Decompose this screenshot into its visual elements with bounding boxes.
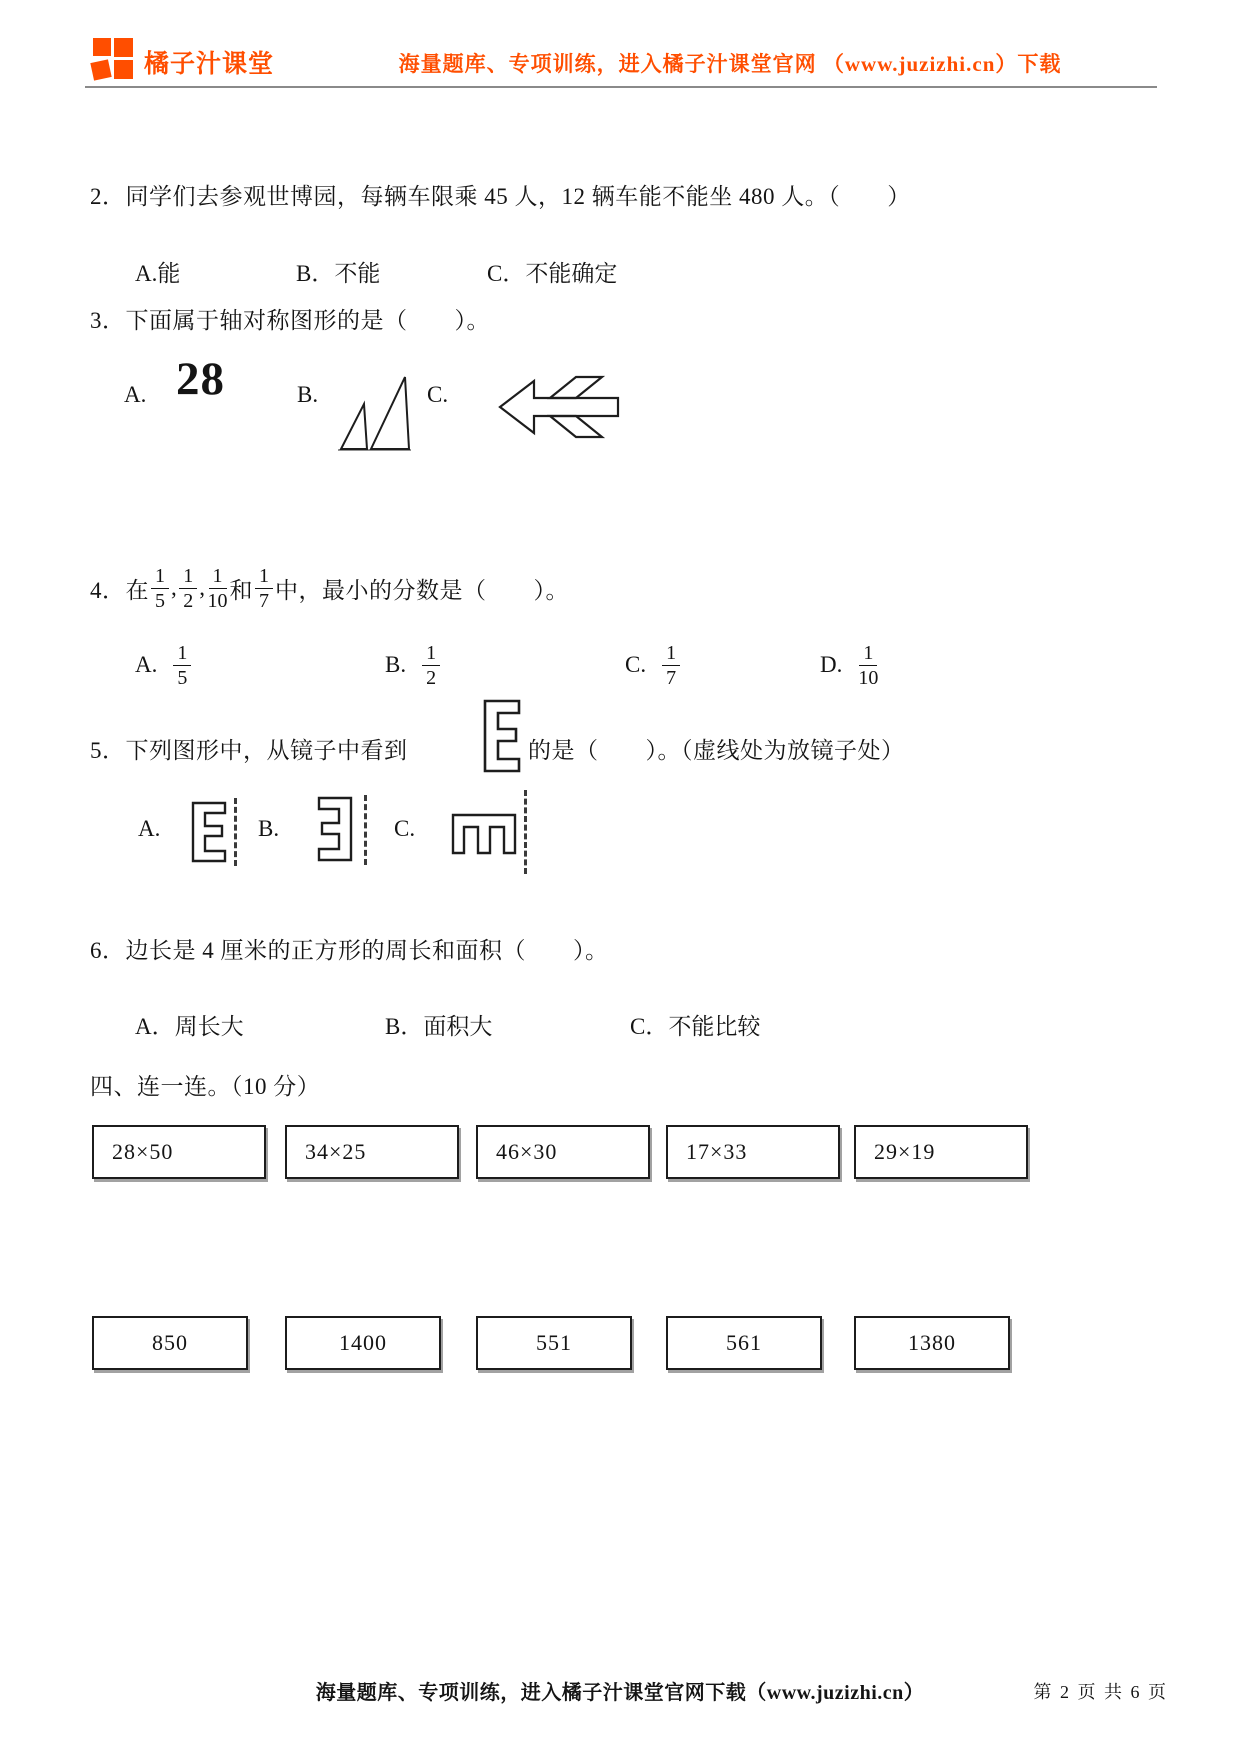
mirror-dashed-line-c	[524, 790, 527, 874]
question-6-option-a: A．周长大	[135, 1008, 244, 1041]
fraction-1-2: 12	[179, 566, 197, 611]
connect-box-expression[interactable]: 17×33	[666, 1125, 840, 1179]
fraction-1-7: 17	[255, 566, 273, 611]
connect-box-result[interactable]: 1380	[854, 1316, 1010, 1370]
and-word: 和	[230, 572, 254, 605]
question-4-option-c: C. 17	[625, 630, 682, 700]
connect-box-result[interactable]: 551	[476, 1316, 632, 1370]
triangles-figure	[334, 368, 414, 456]
question-4-prefix: 4．在	[90, 572, 149, 605]
fraction-1-5: 15	[151, 566, 169, 611]
connect-box-expression[interactable]: 34×25	[285, 1125, 459, 1179]
question-3-label-a: A.	[124, 382, 146, 408]
brand-logo-icon	[90, 36, 136, 82]
question-3-label-c: C.	[427, 382, 448, 408]
arrow-figure	[498, 374, 622, 440]
question-2-option-b: B．不能	[296, 255, 380, 288]
question-4-option-d: D. 110	[820, 630, 880, 700]
question-2-text: 2．同学们去参观世博园，每辆车限乘 45 人，12 辆车能不能坐 480 人。（…	[90, 178, 911, 211]
question-2-option-a: A.能	[135, 255, 180, 288]
brand-name: 橘子汁课堂	[144, 44, 274, 80]
question-4-option-b: B. 12	[385, 630, 442, 700]
question-4-suffix: 中，最小的分数是（ ）。	[275, 572, 569, 605]
question-2-option-c: C．不能确定	[487, 255, 617, 288]
mirror-dashed-line-a	[234, 798, 237, 866]
connect-box-expression[interactable]: 46×30	[476, 1125, 650, 1179]
question-5-label-c: C.	[394, 816, 415, 842]
connect-box-result[interactable]: 850	[92, 1316, 248, 1370]
number-28-figure: 28	[176, 356, 225, 403]
header-divider	[85, 86, 1157, 88]
mirrored-e-figure	[316, 795, 354, 863]
fraction-separator: ,	[171, 575, 177, 601]
connect-box-expression[interactable]: 28×50	[92, 1125, 266, 1179]
letter-e-figure	[482, 698, 522, 774]
section-4-title: 四、连一连。（10 分）	[90, 1068, 320, 1101]
connect-box-expression[interactable]: 29×19	[854, 1125, 1028, 1179]
question-4-line: 4．在 15 , 12 , 110 和 17 中，最小的分数是（ ）。	[90, 552, 569, 624]
question-6-option-b: B．面积大	[385, 1008, 492, 1041]
connect-box-result[interactable]: 561	[666, 1316, 822, 1370]
question-5-label-a: A.	[138, 816, 160, 842]
connect-box-result[interactable]: 1400	[285, 1316, 441, 1370]
question-5-text-before: 5．下列图形中，从镜子中看到	[90, 732, 408, 765]
fraction-separator: ,	[199, 575, 205, 601]
question-5-text-after: 的是（ ）。（虚线处为放镜子处）	[528, 732, 905, 765]
page-number: 第 2 页 共 6 页	[1034, 1678, 1169, 1704]
question-6-text: 6．边长是 4 厘米的正方形的周长和面积（ ）。	[90, 932, 609, 965]
mirror-dashed-line-b	[364, 795, 367, 865]
question-4-option-a: A. 15	[135, 630, 193, 700]
rotated-e-figure	[450, 812, 518, 856]
header-promo-text: 海量题库、专项训练，进入橘子汁课堂官网 （www.juzizhi.cn）下载	[300, 48, 1160, 78]
question-5-label-b: B.	[258, 816, 279, 842]
letter-e-option-figure	[190, 800, 228, 864]
question-6-option-c: C．不能比较	[630, 1008, 760, 1041]
question-3-text: 3．下面属于轴对称图形的是（ ）。	[90, 302, 490, 335]
question-3-label-b: B.	[297, 382, 318, 408]
fraction-1-10: 110	[208, 566, 228, 611]
